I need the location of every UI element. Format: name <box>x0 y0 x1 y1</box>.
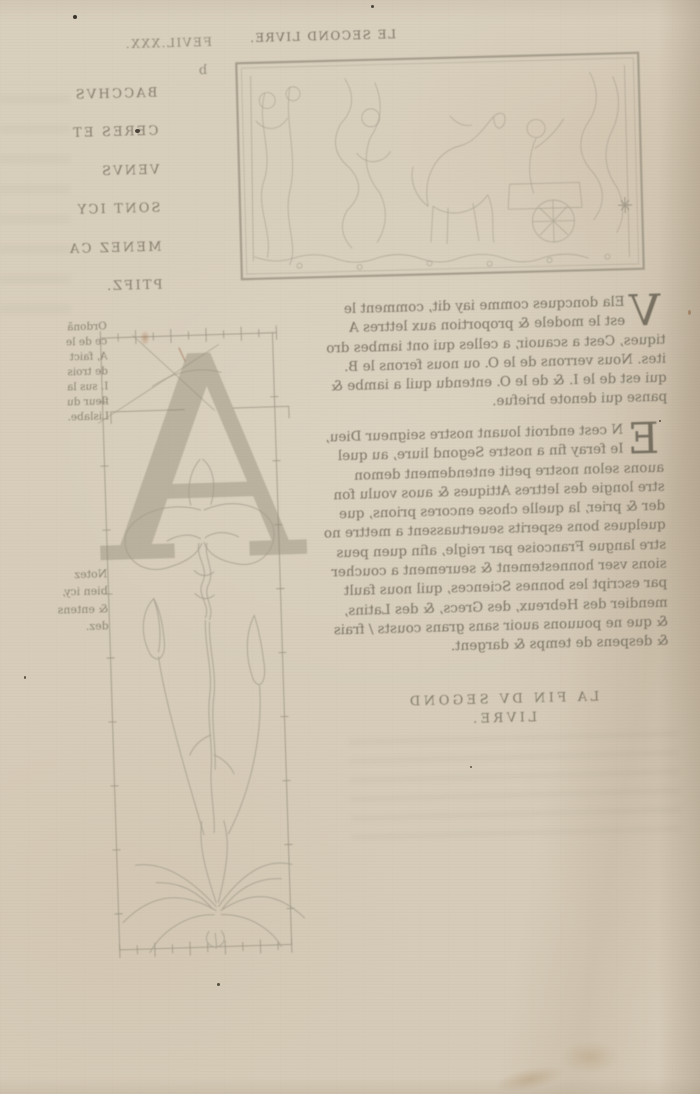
caption-line: MENEZ CA <box>55 228 162 269</box>
paragraph-2-showthrough: E N cest endroit louant nostre seigneur … <box>327 420 669 660</box>
running-title-showthrough: LE SECOND LIVRE. <box>256 27 396 45</box>
letter-a-diagram-showthrough: A <box>90 312 322 966</box>
margin-caption-showthrough: BACCHVS CERES ET VENVS SONT ICY MENEZ CA… <box>51 75 163 308</box>
woodcut-figures-sketch <box>249 65 630 272</box>
foxing-speck <box>217 983 220 986</box>
caption-line: SONT ICY <box>54 190 161 231</box>
paragraph-1-showthrough: V Ela doncques comme iay dit, comment le… <box>332 292 668 416</box>
fleuron-cross-icon <box>618 197 632 213</box>
foxing-speck <box>371 5 374 8</box>
foxing-speck <box>688 310 691 315</box>
caption-line: VENVS <box>53 151 160 192</box>
signature-mark-showthrough: b <box>192 63 214 79</box>
woodcut-illustration <box>234 51 646 282</box>
folio-number-showthrough: FEVIL.XXX. <box>112 35 224 52</box>
foxing-speck <box>24 676 26 679</box>
foxing-speck <box>470 766 472 768</box>
dropcap-initial-V: V <box>624 292 665 331</box>
foxing-speck <box>659 420 661 422</box>
letter-a-diagram: A <box>90 312 322 966</box>
capital-letter-A: A <box>92 295 312 627</box>
showthrough-layer: LE SECOND LIVRE. FEVIL.XXX. b BACCHVS CE… <box>0 0 700 1094</box>
dropcap-initial-E: E <box>623 420 664 459</box>
colophon-showthrough: LA FIN DV SEGOND LIVRE. <box>378 687 629 732</box>
caption-line: BACCHVS <box>51 75 158 116</box>
foxing-speck <box>73 15 77 19</box>
triumph-woodcut-showthrough <box>234 51 646 282</box>
caption-line: CERES ET <box>52 113 159 154</box>
foxing-speck <box>135 129 140 133</box>
